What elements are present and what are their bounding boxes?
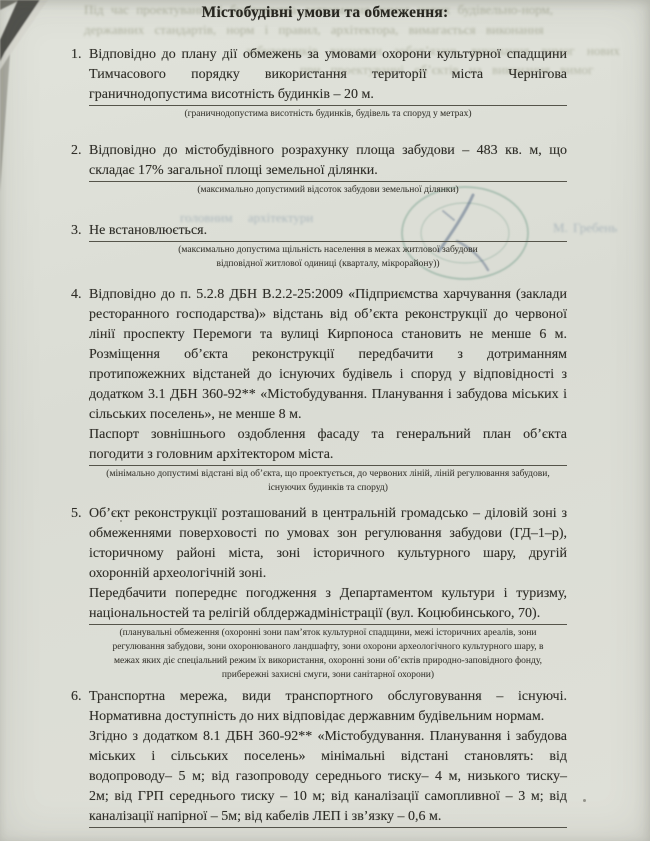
text-line: охоронній археологічній зоні.	[89, 564, 567, 584]
text-line: Тимчасового порядку використання територ…	[89, 65, 567, 85]
ink-speck	[120, 520, 122, 522]
ink-speck	[441, 431, 443, 434]
text-line: лінії проспекту Перемоги та вулиці Кирпо…	[89, 325, 567, 345]
text-line: Відповідно до містобудівного розрахунку …	[89, 141, 567, 161]
text-line: національностей та релігій облдержадміні…	[89, 604, 567, 625]
list-item-4: 4.Відповідно до п. 5.2.8 ДБН В.2.2-25:20…	[0, 285, 650, 495]
text-line: Розміщення об’єкта реконструкції передба…	[89, 345, 567, 365]
text-line: граничнодопустима висотність будинків – …	[89, 85, 567, 106]
document-body: 1.Відповідно до плану дії обмежень за ум…	[0, 45, 650, 828]
text-line: Об’єкт реконструкції розташований в цент…	[89, 504, 567, 524]
text-line: обмеженнями поверховості по умовах зон р…	[89, 524, 567, 544]
text-line: складає 17% загальної площі земельної ді…	[89, 161, 567, 182]
item-number: 5.	[0, 504, 89, 682]
list-item-6: 6.Транспортна мережа, види транспортного…	[0, 687, 650, 828]
text-line: Відповідно до плану дії обмежень за умов…	[89, 45, 567, 65]
text-line: каналізації напірної – 5м; від кабелів Л…	[89, 807, 567, 828]
text-line: водопроводу– 5 м; від газопроводу середн…	[89, 767, 567, 787]
item-body: Відповідно до п. 5.2.8 ДБН В.2.2-25:2009…	[89, 285, 567, 495]
caption-text: (планувальні обмеження (охоронні зони па…	[89, 626, 567, 682]
item-number: 3.	[0, 221, 89, 271]
text-line: сільських поселень», не менше 8 м.	[89, 405, 567, 425]
text-line: Згідно з додатком 8.1 ДБН 360-92** «Міст…	[89, 727, 567, 747]
page-fold-artifact	[0, 0, 60, 205]
scanned-document-page: Під час проектування і будівництва дотри…	[0, 0, 650, 841]
text-line: міських і сільських поселень» мінімальні…	[89, 747, 567, 767]
item-number: 6.	[0, 687, 89, 828]
text-line: Паспорт зовнішнього оздоблення фасаду та…	[89, 425, 567, 445]
list-item-5: 5.Об’єкт реконструкції розташований в це…	[0, 504, 650, 682]
item-body: Об’єкт реконструкції розташований в цент…	[89, 504, 567, 682]
list-item-1: 1.Відповідно до плану дії обмежень за ум…	[0, 45, 650, 121]
text-line: погодити з головним архітектором міста.	[89, 445, 567, 466]
ink-speck	[583, 799, 586, 802]
item-body: Не встановлюється.(максимально допустима…	[89, 221, 567, 271]
text-line: Нормативна доступність до них відповідає…	[89, 707, 567, 727]
item-body: Відповідно до плану дії обмежень за умов…	[89, 45, 567, 121]
text-line: історичному районі міста, зоні історично…	[89, 544, 567, 564]
text-line: Відповідно до п. 5.2.8 ДБН В.2.2-25:2009…	[89, 285, 567, 305]
caption-text: (максимально допустимий відсоток забудов…	[89, 183, 567, 197]
page-title: Містобудівні умови та обмеження:	[0, 0, 650, 23]
text-line: 2м; від ГРП середнього тиску – 10 м; від…	[89, 787, 567, 807]
text-line: Не встановлюється.	[89, 221, 567, 242]
text-line: додатком 3.1 ДБН 360-92** «Містобудуванн…	[89, 385, 567, 405]
caption-text: (максимально допустима щільність населен…	[89, 243, 567, 271]
list-item-2: 2.Відповідно до містобудівного розрахунк…	[0, 141, 650, 197]
caption-text: (мінімально допустимі відстані від об’єк…	[89, 467, 567, 495]
caption-text: (граничнодопустима висотність будинків, …	[89, 107, 567, 121]
text-line: ресторанного господарства)» відстань від…	[89, 305, 567, 325]
item-number: 4.	[0, 285, 89, 495]
text-line: Передбачити попереднє погодження з Депар…	[89, 584, 567, 604]
text-line: Транспортна мережа, види транспортного о…	[89, 687, 567, 707]
list-item-3: 3.Не встановлюється.(максимально допусти…	[0, 221, 650, 271]
item-body: Відповідно до містобудівного розрахунку …	[89, 141, 567, 197]
text-line: протипожежних відстаней до існуючих буді…	[89, 365, 567, 385]
item-body: Транспортна мережа, види транспортного о…	[89, 687, 567, 828]
